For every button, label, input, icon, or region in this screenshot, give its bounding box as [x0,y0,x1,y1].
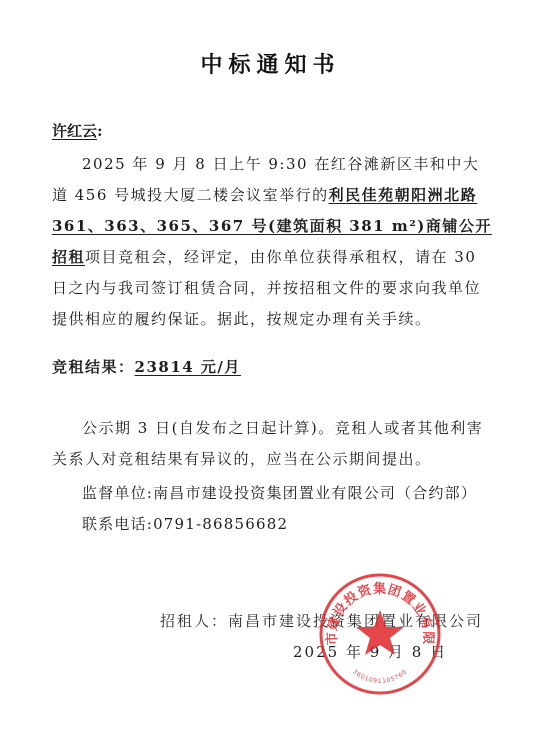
contact-label: 联系电话: [82,515,153,533]
signer-label: 招租人： [160,612,228,630]
body-paragraph: 2025 年 9 月 8 日上午 9:30 在红谷滩新区丰和中大道 456 号城… [52,149,492,335]
bid-result-label: 竞租结果： [52,358,135,376]
supervisor-value: 南昌市建设投资集团置业有限公司（合约部） [153,484,477,502]
seal-code: 3601091105760 [351,668,409,685]
bid-result: 竞租结果：23814 元/月 [52,356,249,377]
seal-text: 南昌市建设投资集团置业有限公司 [318,572,436,645]
signer-value: 南昌市建设投资集团置业有限公司 [228,612,483,630]
company-seal-icon: 南昌市建设投资集团置业有限公司 3601091105760 [318,572,442,696]
salutation-colon: : [97,122,103,140]
contact-value: 0791-86856682 [153,515,288,533]
supervisor-line: 监督单位:南昌市建设投资集团置业有限公司（合约部） [82,482,477,503]
contact-line: 联系电话:0791-86856682 [82,513,288,534]
notice-paragraph: 公示期 3 日(自发布之日起计算)。竞租人或者其他利害关系人对竞租结果有异议的，… [52,413,492,475]
bid-result-value: 23814 元/月 [135,358,249,376]
notice-text: 公示期 3 日(自发布之日起计算)。竞租人或者其他利害关系人对竞租结果有异议的，… [52,419,483,468]
body-text-part2: 项目竞租会，经评定，由你单位获得承租权，请在 30 日之内与我司签订租赁合同，并… [52,248,481,328]
svg-text:3601091105760: 3601091105760 [351,668,409,685]
recipient-name: 许红云 [52,122,97,140]
document-title: 中标通知书 [0,48,541,79]
signer-line: 招租人：南昌市建设投资集团置业有限公司 [160,610,483,631]
supervisor-label: 监督单位: [82,484,153,502]
salutation: 许红云: [52,120,103,141]
svg-text:南昌市建设投资集团置业有限公司: 南昌市建设投资集团置业有限公司 [318,572,436,645]
issue-date: 2025 年 9 月 8 日 [293,641,447,662]
